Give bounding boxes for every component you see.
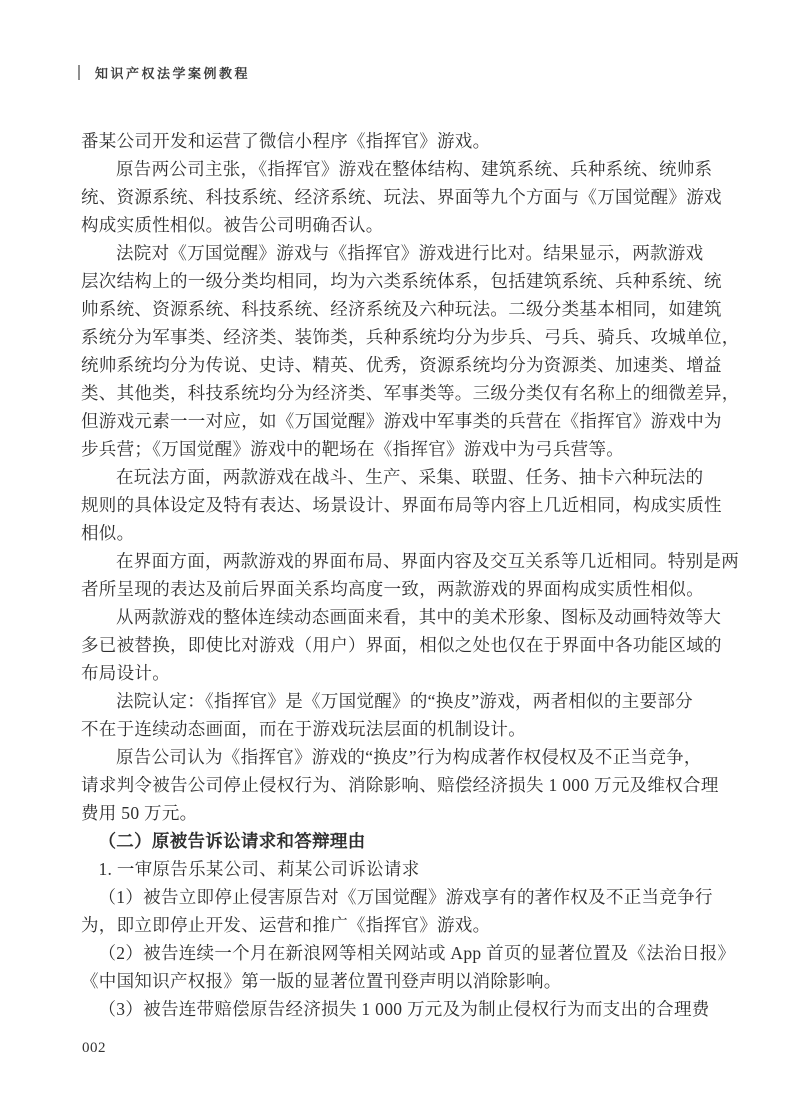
text-line: 原告两公司主张，《指挥官》游戏在整体结构、建筑系统、兵种系统、统帅系: [81, 155, 741, 183]
page-number: 002: [82, 1040, 106, 1057]
text-line: 为，即立即停止开发、运营和推广《指挥官》游戏。: [81, 911, 741, 939]
text-line: （3）被告连带赔偿原告经济损失 1 000 万元及为制止侵权行为而支出的合理费: [81, 995, 741, 1023]
text-line: 在玩法方面，两款游戏在战斗、生产、采集、联盟、任务、抽卡六种玩法的: [81, 463, 741, 491]
text-line: 番某公司开发和运营了微信小程序《指挥官》游戏。: [81, 127, 741, 155]
text-line: 步兵营；《万国觉醒》游戏中的靶场在《指挥官》游戏中为弓兵营等。: [81, 435, 741, 463]
text-line: 在界面方面，两款游戏的界面布局、界面内容及交互关系等几近相同。特别是两: [81, 547, 741, 575]
text-line: 类、其他类，科技系统均分为经济类、军事类等。三级分类仅有名称上的细微差异，: [81, 379, 741, 407]
text-line: 请求判令被告公司停止侵权行为、消除影响、赔偿经济损失 1 000 万元及维权合理: [81, 771, 741, 799]
text-line: （二）原被告诉讼请求和答辩理由: [81, 827, 741, 855]
running-header-title: 知识产权法学案例教程: [95, 63, 250, 82]
body-text-block: 番某公司开发和运营了微信小程序《指挥官》游戏。原告两公司主张，《指挥官》游戏在整…: [81, 127, 741, 1023]
text-line: 规则的具体设定及特有表达、场景设计、界面布局等内容上几近相同，构成实质性: [81, 491, 741, 519]
text-line: 不在于连续动态画面，而在于游戏玩法层面的机制设计。: [81, 715, 741, 743]
text-line: 但游戏元素一一对应，如《万国觉醒》游戏中军事类的兵营在《指挥官》游戏中为: [81, 407, 741, 435]
text-line: 原告公司认为《指挥官》游戏的“换皮”行为构成著作权侵权及不正当竞争，: [81, 743, 741, 771]
text-line: 法院认定：《指挥官》是《万国觉醒》的“换皮”游戏，两者相似的主要部分: [81, 687, 741, 715]
text-line: 《中国知识产权报》第一版的显著位置刊登声明以消除影响。: [81, 967, 741, 995]
text-line: 法院对《万国觉醒》游戏与《指挥官》游戏进行比对。结果显示，两款游戏: [81, 239, 741, 267]
book-page: 知识产权法学案例教程 番某公司开发和运营了微信小程序《指挥官》游戏。原告两公司主…: [0, 0, 799, 1114]
text-line: 系统分为军事类、经济类、装饰类，兵种系统均分为步兵、弓兵、骑兵、攻城单位，: [81, 323, 741, 351]
text-line: 从两款游戏的整体连续动态画面来看，其中的美术形象、图标及动画特效等大: [81, 603, 741, 631]
text-line: 统帅系统均分为传说、史诗、精英、优秀，资源系统均分为资源类、加速类、增益: [81, 351, 741, 379]
text-line: 多已被替换，即使比对游戏（用户）界面，相似之处也仅在于界面中各功能区域的: [81, 631, 741, 659]
text-line: （1）被告立即停止侵害原告对《万国觉醒》游戏享有的著作权及不正当竞争行: [81, 883, 741, 911]
header-rule-divider: [78, 65, 80, 80]
text-line: 者所呈现的表达及前后界面关系均高度一致，两款游戏的界面构成实质性相似。: [81, 575, 741, 603]
text-line: 费用 50 万元。: [81, 799, 741, 827]
text-line: 构成实质性相似。被告公司明确否认。: [81, 211, 741, 239]
text-line: 布局设计。: [81, 659, 741, 687]
text-line: 相似。: [81, 519, 741, 547]
text-line: 帅系统、资源系统、科技系统、经济系统及六种玩法。二级分类基本相同，如建筑: [81, 295, 741, 323]
text-line: 1. 一审原告乐某公司、莉某公司诉讼请求: [81, 855, 741, 883]
text-line: （2）被告连续一个月在新浪网等相关网站或 App 首页的显著位置及《法治日报》: [81, 939, 741, 967]
text-line: 层次结构上的一级分类均相同，均为六类系统体系，包括建筑系统、兵种系统、统: [81, 267, 741, 295]
text-line: 统、资源系统、科技系统、经济系统、玩法、界面等九个方面与《万国觉醒》游戏: [81, 183, 741, 211]
running-header: 知识产权法学案例教程: [78, 63, 250, 82]
